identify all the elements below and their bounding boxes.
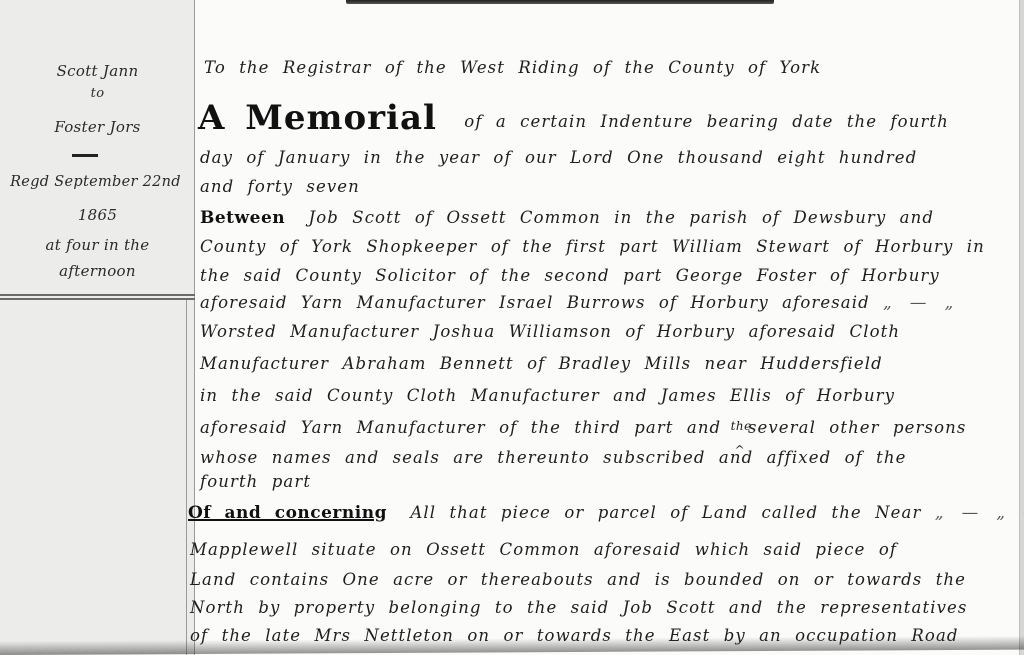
- body-line-11: aforesaid Yarn Manufacturer of the third…: [200, 418, 966, 437]
- body-line-13: fourth part: [200, 472, 311, 491]
- top-ruled-line: [346, 0, 774, 4]
- margin-registered-date: Regd September 22nd: [0, 174, 193, 190]
- body-line-6: the said County Solicitor of the second …: [200, 266, 940, 285]
- body-line-2: day of January in the year of our Lord O…: [200, 148, 917, 167]
- scanned-document-page: Scott Jann to Foster Jors Regd September…: [0, 0, 1024, 655]
- margin-separator-dash: [72, 154, 98, 157]
- ditto-marks: „ — „: [883, 293, 956, 312]
- body-line-8: Worsted Manufacturer Joshua Williamson o…: [200, 322, 900, 341]
- lead-word-of-and-concerning: Of and concerning: [188, 503, 387, 523]
- margin-double-rule: [0, 294, 195, 300]
- margin-registered-time: at four in the: [0, 236, 195, 254]
- body-line-7: aforesaid Yarn Manufacturer Israel Burro…: [200, 293, 956, 312]
- inserted-word: the: [731, 419, 752, 433]
- margin-registered-year: 1865: [0, 206, 195, 224]
- margin-parties-grantee: Foster Jors: [0, 118, 195, 136]
- body-line-5: County of York Shopkeeper of the first p…: [200, 237, 985, 256]
- body-line-10: in the said County Cloth Manufacturer an…: [200, 386, 895, 405]
- memorial-heading: A Memorial: [198, 98, 437, 138]
- body-line-4: Job Scott of Ossett Common in the parish…: [309, 208, 934, 227]
- memorial-heading-line: A Memorial of a certain Indenture bearin…: [198, 98, 949, 138]
- page-right-edge: [1019, 0, 1024, 655]
- margin-parties-to: to: [0, 86, 195, 101]
- lead-word-between: Between: [200, 208, 285, 228]
- ditto-marks-2: „ — „ — „: [935, 503, 1024, 522]
- body-line-11-cont: several other persons: [748, 418, 966, 437]
- body-line-1: of a certain Indenture bearing date the …: [464, 112, 949, 131]
- body-line-15: Mapplewell situate on Ossett Common afor…: [190, 540, 897, 559]
- between-line: Between Job Scott of Ossett Common in th…: [200, 208, 934, 228]
- body-line-12: whose names and seals are thereunto subs…: [200, 448, 907, 467]
- margin-parties-grantor: Scott Jann: [0, 62, 195, 80]
- body-line-14: All that piece or parcel of Land called …: [410, 503, 921, 522]
- body-line-17: North by property belonging to the said …: [190, 598, 967, 617]
- body-line-11-text: aforesaid Yarn Manufacturer of the third…: [200, 418, 721, 437]
- body-line-7-text: aforesaid Yarn Manufacturer Israel Burro…: [200, 293, 870, 312]
- margin-rule-line-lower: [186, 300, 187, 655]
- margin-registered-time-cont: afternoon: [0, 262, 195, 280]
- address-line: To the Registrar of the West Riding of t…: [204, 58, 821, 77]
- concerning-line: Of and concerning All that piece or parc…: [188, 503, 1024, 523]
- body-line-3: and forty seven: [200, 177, 360, 196]
- body-line-16: Land contains One acre or thereabouts an…: [190, 570, 966, 589]
- body-line-9: Manufacturer Abraham Bennett of Bradley …: [200, 354, 883, 373]
